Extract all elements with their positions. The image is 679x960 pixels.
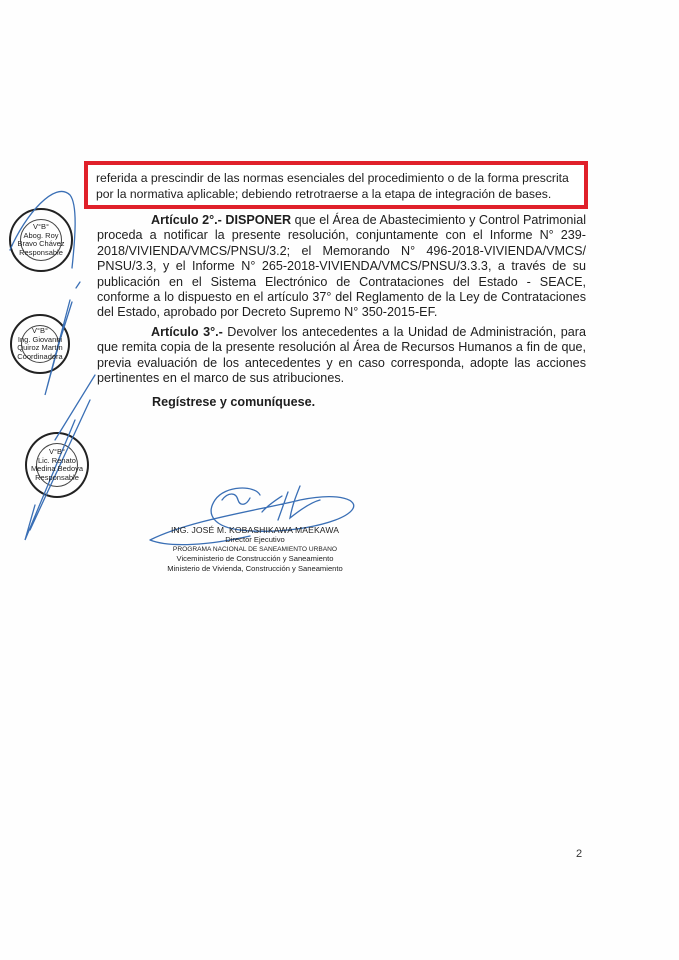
article-3-heading: Artículo 3°.-: [151, 325, 223, 339]
signatory-program: PROGRAMA NACIONAL DE SANEAMIENTO URBANO: [150, 545, 360, 554]
stamp-role: Responsable: [19, 249, 63, 258]
stamp-role: Coordinadora: [17, 353, 62, 362]
approval-stamp-2: V°B° Ing. Giovanni Quiroz Martín Coordin…: [10, 314, 70, 374]
signatory-title: Director Ejecutivo: [150, 535, 360, 544]
article-2: Artículo 2°.- DISPONER que el Área de Ab…: [97, 213, 586, 321]
article-2-heading: Artículo 2°.-: [151, 213, 222, 227]
approval-stamp-1: V°B° Abog. Roy Bravo Chávez Responsable: [9, 208, 73, 272]
article-2-body: que el Área de Abastecimiento y Control …: [97, 213, 586, 319]
handwritten-initials-and-signature: [0, 0, 679, 960]
signature-block: ING. JOSÉ M. KOBASHIKAWA MAEKAWA Directo…: [150, 526, 360, 573]
article-2-verb: DISPONER: [225, 213, 291, 227]
article-3: Artículo 3°.- Devolver los antecedentes …: [97, 325, 586, 387]
document-page: referida a prescindir de las normas esen…: [0, 0, 679, 960]
initial-tick-1: [76, 282, 80, 288]
closing-formula: Regístrese y comuníquese.: [152, 395, 315, 409]
highlighted-passage: referida a prescindir de las normas esen…: [96, 170, 580, 202]
stamp-role: Responsable: [35, 474, 79, 483]
signatory-vice-ministry: Viceministerio de Construcción y Saneami…: [150, 554, 360, 563]
signatory-ministry: Ministerio de Vivienda, Construcción y S…: [150, 564, 360, 573]
page-number: 2: [576, 848, 582, 860]
approval-stamp-3: V°B° Lic. Renato Medina Bedoya Responsab…: [25, 432, 89, 498]
highlighted-passage-box: referida a prescindir de las normas esen…: [84, 161, 588, 209]
signatory-name: ING. JOSÉ M. KOBASHIKAWA MAEKAWA: [150, 526, 360, 535]
